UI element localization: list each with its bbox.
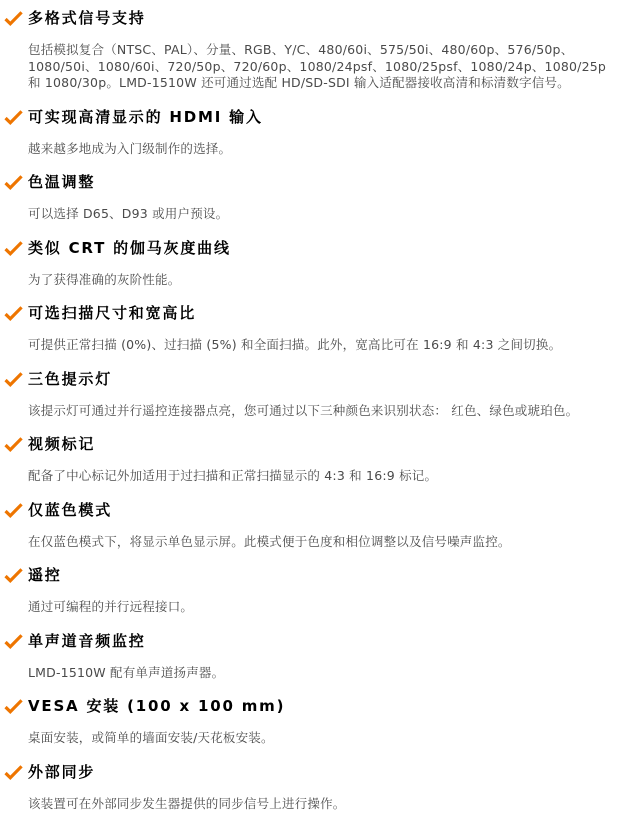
feature-title: 可实现高清显示的 HDMI 输入: [28, 109, 263, 126]
feature-heading: VESA 安装 (100 x 100 mm): [4, 698, 616, 715]
feature-heading: 三色提示灯: [4, 371, 616, 388]
check-icon: [4, 503, 23, 518]
feature-title: 类似 CRT 的伽马灰度曲线: [28, 240, 231, 257]
check-icon: [4, 765, 23, 780]
feature-item: 单声道音频监控 LMD-1510W 配有单声道扬声器。: [4, 633, 616, 682]
feature-title: 视频标记: [28, 436, 95, 453]
feature-title: VESA 安装 (100 x 100 mm): [28, 698, 285, 715]
feature-heading: 视频标记: [4, 436, 616, 453]
feature-title: 遥控: [28, 567, 62, 584]
feature-item: 遥控 通过可编程的并行远程接口。: [4, 567, 616, 616]
check-icon: [4, 306, 23, 321]
feature-title: 三色提示灯: [28, 371, 112, 388]
feature-heading: 单声道音频监控: [4, 633, 616, 650]
check-icon: [4, 11, 23, 26]
feature-description: 可以选择 D65、D93 或用户预设。: [28, 206, 616, 223]
feature-description: 该装置可在外部同步发生器提供的同步信号上进行操作。: [28, 796, 616, 813]
check-icon: [4, 568, 23, 583]
feature-item: 仅蓝色模式 在仅蓝色模式下，将显示单色显示屏。此模式便于色度和相位调整以及信号噪…: [4, 502, 616, 551]
check-icon: [4, 241, 23, 256]
feature-title: 外部同步: [28, 764, 95, 781]
feature-description: LMD-1510W 配有单声道扬声器。: [28, 665, 616, 682]
check-icon: [4, 437, 23, 452]
feature-heading: 类似 CRT 的伽马灰度曲线: [4, 240, 616, 257]
check-icon: [4, 634, 23, 649]
feature-item: 外部同步 该装置可在外部同步发生器提供的同步信号上进行操作。: [4, 764, 616, 813]
check-icon: [4, 110, 23, 125]
feature-description: 通过可编程的并行远程接口。: [28, 599, 616, 616]
feature-item: 可实现高清显示的 HDMI 输入 越来越多地成为入门级制作的选择。: [4, 109, 616, 158]
feature-description: 该提示灯可通过并行遥控连接器点亮，您可通过以下三种颜色来识别状态： 红色、绿色或…: [28, 403, 616, 420]
feature-heading: 色温调整: [4, 174, 616, 191]
feature-description: 配备了中心标记外加适用于过扫描和正常扫描显示的 4:3 和 16:9 标记。: [28, 468, 616, 485]
feature-item: 视频标记 配备了中心标记外加适用于过扫描和正常扫描显示的 4:3 和 16:9 …: [4, 436, 616, 485]
feature-item: 多格式信号支持 包括模拟复合（NTSC、PAL）、分量、RGB、Y/C、480/…: [4, 10, 616, 92]
feature-heading: 仅蓝色模式: [4, 502, 616, 519]
feature-title: 色温调整: [28, 174, 95, 191]
feature-description: 在仅蓝色模式下，将显示单色显示屏。此模式便于色度和相位调整以及信号噪声监控。: [28, 534, 616, 551]
feature-item: 类似 CRT 的伽马灰度曲线 为了获得准确的灰阶性能。: [4, 240, 616, 289]
feature-title: 可选扫描尺寸和宽高比: [28, 305, 196, 322]
feature-heading: 可选扫描尺寸和宽高比: [4, 305, 616, 322]
feature-heading: 可实现高清显示的 HDMI 输入: [4, 109, 616, 126]
feature-description: 越来越多地成为入门级制作的选择。: [28, 141, 616, 158]
feature-heading: 多格式信号支持: [4, 10, 616, 27]
feature-heading: 外部同步: [4, 764, 616, 781]
feature-heading: 遥控: [4, 567, 616, 584]
feature-title: 多格式信号支持: [28, 10, 146, 27]
feature-description: 桌面安装，或简单的墙面安装/天花板安装。: [28, 730, 616, 747]
feature-item: 色温调整 可以选择 D65、D93 或用户预设。: [4, 174, 616, 223]
feature-title: 仅蓝色模式: [28, 502, 112, 519]
feature-title: 单声道音频监控: [28, 633, 146, 650]
check-icon: [4, 699, 23, 714]
feature-description: 包括模拟复合（NTSC、PAL）、分量、RGB、Y/C、480/60i、575/…: [28, 42, 616, 92]
feature-item: 可选扫描尺寸和宽高比 可提供正常扫描 (0%)、过扫描 (5%) 和全面扫描。此…: [4, 305, 616, 354]
feature-item: VESA 安装 (100 x 100 mm) 桌面安装，或简单的墙面安装/天花板…: [4, 698, 616, 747]
feature-item: 三色提示灯 该提示灯可通过并行遥控连接器点亮，您可通过以下三种颜色来识别状态： …: [4, 371, 616, 420]
feature-description: 为了获得准确的灰阶性能。: [28, 272, 616, 289]
feature-description: 可提供正常扫描 (0%)、过扫描 (5%) 和全面扫描。此外，宽高比可在 16:…: [28, 337, 616, 354]
check-icon: [4, 372, 23, 387]
feature-list: 多格式信号支持 包括模拟复合（NTSC、PAL）、分量、RGB、Y/C、480/…: [0, 0, 626, 812]
check-icon: [4, 175, 23, 190]
